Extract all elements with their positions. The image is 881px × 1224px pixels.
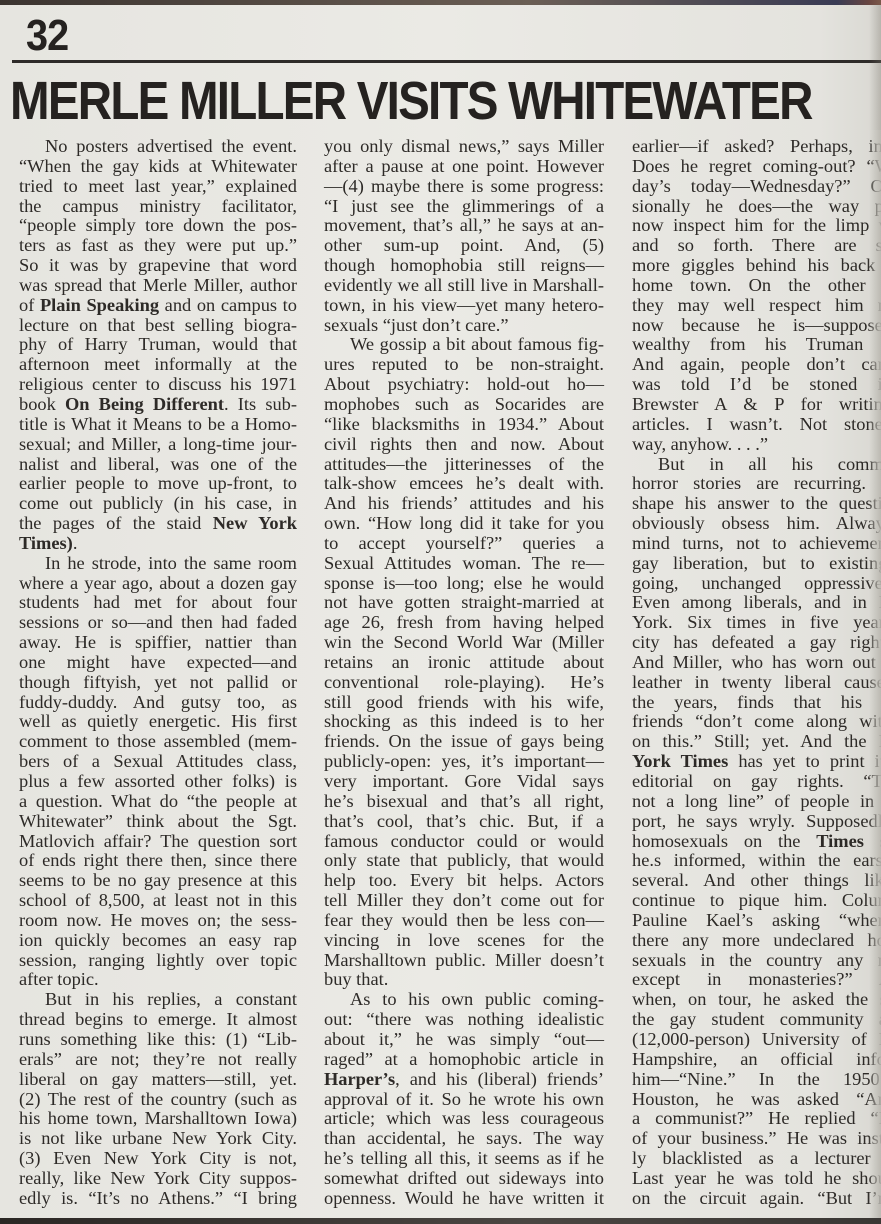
text-line: York Times has yet to print its (632, 752, 881, 772)
article-column-3: earlier—if asked? Perhaps, indDoes he re… (632, 137, 881, 1209)
page-bottom-edge (0, 1218, 881, 1224)
text-line: sessions or so—and then had faded (19, 613, 297, 633)
text-line: somewhat drifted out sideways into (324, 1169, 604, 1189)
text-line: Houston, he was asked “Are (632, 1090, 881, 1110)
text-line: only state that publicly, that would (324, 851, 604, 871)
text-line: home town. On the other h (632, 276, 881, 296)
text-line: the campus ministry facilitator, (19, 197, 297, 217)
text-line: that’s cool, that’s chic. But, if a (324, 812, 604, 832)
text-line: retains an ironic attitude about (324, 653, 604, 673)
text-line: city has defeated a gay rights (632, 633, 881, 653)
magazine-page: 32 MERLE MILLER VISITS WHITEWATER No pos… (0, 0, 881, 1224)
text-line: (2) The rest of the country (such as (19, 1090, 297, 1110)
text-line: not have gotten straight-married at (324, 593, 604, 613)
text-line: school of 8,500, at least not in this (19, 891, 297, 911)
text-line: And Miller, who has worn out s (632, 653, 881, 673)
text-line: though homophobia still reigns— (324, 256, 604, 276)
article-column-1: No posters advertised the event.“When th… (19, 137, 297, 1209)
text-line: York. Six times in five years (632, 613, 881, 633)
text-line: is not like urbane New York City. (19, 1129, 297, 1149)
text-line: of ends right there then, since there (19, 851, 297, 871)
text-line: fear they would then be less con— (324, 911, 604, 931)
text-line: Marshalltown public. Miller doesn’t (324, 951, 604, 971)
text-line: own. “How long did it take for you (324, 514, 604, 534)
text-line: he’s bisexual and that’s all right, (324, 792, 604, 812)
text-line: raged” at a homophobic article in (324, 1050, 604, 1070)
text-line: buy that. (324, 970, 604, 990)
text-line: friends “don’t come along with (632, 712, 881, 732)
page-top-edge (0, 0, 881, 5)
text-line: you only dismal news,” says Miller (324, 137, 604, 157)
text-line: religious center to discuss his 1971 (19, 375, 297, 395)
text-line: book On Being Different. Its sub- (19, 395, 297, 415)
text-line: on the circuit again. “But I’m (632, 1189, 881, 1209)
text-line: Does he regret coming-out? “W (632, 157, 881, 177)
text-line: famous conductor could or would (324, 832, 604, 852)
text-line: of your business.” He was insta (632, 1129, 881, 1149)
text-line: —(4) maybe there is some progress: (324, 177, 604, 197)
text-line: attitudes—the jitterinesses of the (324, 455, 604, 475)
text-line: ly blacklisted as a lecturer t (632, 1149, 881, 1169)
text-line: friends. On the issue of gays being (324, 732, 604, 752)
text-line: and so forth. There are su (632, 236, 881, 256)
text-line: gay liberation, but to existing, (632, 554, 881, 574)
text-line: the gay student community at (632, 1010, 881, 1030)
text-line: (3) Even New York City is not, (19, 1149, 297, 1169)
text-line: homosexuals on the Times st (632, 832, 881, 852)
text-line: earlier—if asked? Perhaps, ind (632, 137, 881, 157)
text-line: except in monasteries?” A (632, 970, 881, 990)
text-line: fuddy-duddy. And gutsy too, as (19, 693, 297, 713)
text-line: not a long line” of people in s (632, 792, 881, 812)
text-line: after a pause at one point. However (324, 157, 604, 177)
text-line: going, unchanged oppressiven (632, 574, 881, 594)
text-line: “people simply tore down the pos- (19, 216, 297, 236)
text-line: when, on tour, he asked the si (632, 990, 881, 1010)
text-line: thread begins to emerge. It almost (19, 1010, 297, 1030)
text-line: of Plain Speaking and on campus to (19, 296, 297, 316)
text-line: sexuals “just don’t care.” (324, 316, 604, 336)
text-line: a communist?” He replied “N (632, 1109, 881, 1129)
text-line: vincing in love scenes for the (324, 931, 604, 951)
text-line: obviously obsess him. Always (632, 514, 881, 534)
text-line: horror stories are recurring. T (632, 474, 881, 494)
text-line: comment to those assembled (mem- (19, 732, 297, 752)
text-line: talk-show emcees he’s dealt with. (324, 474, 604, 494)
text-line: Harper’s, and his (liberal) friends’ (324, 1070, 604, 1090)
text-line: mophobes such as Socarides are (324, 395, 604, 415)
text-line: runs something like this: (1) “Lib- (19, 1030, 297, 1050)
text-line: afternoon meet informally at the (19, 355, 297, 375)
text-line: wealthy from his Truman b (632, 335, 881, 355)
text-line: was told I’d be stoned in (632, 375, 881, 395)
text-line: leather in twenty liberal causes (632, 673, 881, 693)
text-line: several. And other things like (632, 871, 881, 891)
text-line: We gossip a bit about famous fig- (324, 335, 604, 355)
text-line: ion quickly becomes an easy rap (19, 931, 297, 951)
text-line: one might have expected—and (19, 653, 297, 673)
text-line: About psychiatry: hold-out ho— (324, 375, 604, 395)
text-line: now because he is—supposed (632, 316, 881, 336)
text-line: Hampshire, an official infor (632, 1050, 881, 1070)
text-line: sponse is—too long; else he would (324, 574, 604, 594)
text-line: bers of a Sexual Attitudes class, (19, 752, 297, 772)
text-line: liberal on gay matters—still, yet. (19, 1070, 297, 1090)
text-line: than accidental, he says. The way (324, 1129, 604, 1149)
text-line: way, anyhow. . . .” (632, 435, 881, 455)
text-line: As to his own public coming- (324, 990, 604, 1010)
text-line: openness. Would he have written it (324, 1189, 604, 1209)
text-line: Whitewater” think about the Sgt. (19, 812, 297, 832)
text-line: out: “there was nothing idealistic (324, 1010, 604, 1030)
text-line: port, he says wryly. Supposedly (632, 812, 881, 832)
text-line: town, in his view—yet many hetero- (324, 296, 604, 316)
text-line: students had met for about four (19, 593, 297, 613)
text-line: evidently we all still live in Marshall- (324, 276, 604, 296)
text-line: win the Second World War (Miller (324, 633, 604, 653)
text-line: was spread that Merle Miller, author (19, 276, 297, 296)
text-line: a question. What do “the people at (19, 792, 297, 812)
text-line: still good friends with his wife, (324, 693, 604, 713)
text-line: Sexual Attitudes woman. The re— (324, 554, 604, 574)
text-line: well as quietly energetic. His first (19, 712, 297, 732)
text-line: seems to be no gay presence at this (19, 871, 297, 891)
text-line: though fiftyish, yet not pallid or (19, 673, 297, 693)
text-line: No posters advertised the event. (19, 137, 297, 157)
text-line: Brewster A & P for writing (632, 395, 881, 415)
text-line: now inspect him for the limp w (632, 216, 881, 236)
text-line: other sum-up point. And, (5) (324, 236, 604, 256)
text-line: publicly-open: yes, it’s important— (324, 752, 604, 772)
text-line: after topic. (19, 970, 297, 990)
text-line: to accept yourself?” queries a (324, 534, 604, 554)
text-line: more giggles behind his back i (632, 256, 881, 276)
text-line: his home town, Marshalltown Iowa) (19, 1109, 297, 1129)
text-line: “I just see the glimmerings of a (324, 197, 604, 217)
text-line: where a year ago, about a dozen gay (19, 574, 297, 594)
text-line: tell Miller they don’t come out for (324, 891, 604, 911)
text-line: (12,000-person) University of N (632, 1030, 881, 1050)
header-rule (12, 60, 881, 63)
text-line: articles. I wasn’t. Not stoned (632, 415, 881, 435)
text-line: day’s today—Wednesday?” Oc (632, 177, 881, 197)
text-line: And his friends’ attitudes and his (324, 494, 604, 514)
text-line: “like blacksmiths in 1934.” About (324, 415, 604, 435)
text-line: article; which was less courageous (324, 1109, 604, 1129)
text-line: But in all his comments, (632, 455, 881, 475)
text-line: Pauline Kael’s asking “where (632, 911, 881, 931)
text-line: editorial on gay rights. “Th (632, 772, 881, 792)
text-line: earlier people to move up-front, to (19, 474, 297, 494)
text-line: nalist and liberal, was one of the (19, 455, 297, 475)
text-line: plus a few assorted other folks) is (19, 772, 297, 792)
text-line: Times). (19, 534, 297, 554)
text-line: him—“Nine.” In the 1950’s (632, 1070, 881, 1090)
article-headline: MERLE MILLER VISITS WHITEWATER (10, 74, 812, 128)
text-line: Even among liberals, and in N (632, 593, 881, 613)
text-line: ures reputed to be non-straight. (324, 355, 604, 375)
text-line: on this.” Still; yet. And the N (632, 732, 881, 752)
text-line: erals” are not; they’re not really (19, 1050, 297, 1070)
text-line: approval of it. So he wrote his own (324, 1090, 604, 1110)
text-line: civil rights then and now. About (324, 435, 604, 455)
text-line: Matlovich affair? The question sort (19, 832, 297, 852)
text-line: “When the gay kids at Whitewater (19, 157, 297, 177)
text-line: sionally he does—the way pe (632, 197, 881, 217)
text-line: help too. Every bit helps. Actors (324, 871, 604, 891)
text-line: shape his answer to the questio (632, 494, 881, 514)
text-line: sexuals in the country any m (632, 951, 881, 971)
text-line: there any more undeclared hor (632, 931, 881, 951)
text-line: room now. He moves on; the sess- (19, 911, 297, 931)
text-line: they may well respect him m (632, 296, 881, 316)
text-line: ters as fast as they were put up.” (19, 236, 297, 256)
text-line: mind turns, not to achievement (632, 534, 881, 554)
text-line: continue to pique him. Colum (632, 891, 881, 911)
text-line: about it,” he was simply “out— (324, 1030, 604, 1050)
text-line: movement, that’s all,” he says at an- (324, 216, 604, 236)
text-line: So it was by grapevine that word (19, 256, 297, 276)
text-line: the years, finds that his li (632, 693, 881, 713)
text-line: But in his replies, a constant (19, 990, 297, 1010)
text-line: tried to meet last year,” explained (19, 177, 297, 197)
page-number: 32 (26, 14, 68, 58)
text-line: very important. Gore Vidal says (324, 772, 604, 792)
page-gutter (869, 0, 881, 1224)
text-line: the pages of the staid New York (19, 514, 297, 534)
text-line: And again, people don’t care (632, 355, 881, 375)
text-line: he’s telling all this, it seems as if he (324, 1149, 604, 1169)
text-line: lecture on that best selling biogra- (19, 316, 297, 336)
text-line: phy of Harry Truman, would that (19, 335, 297, 355)
text-line: title is What it Means to be a Homo- (19, 415, 297, 435)
text-line: shocking as this indeed is to her (324, 712, 604, 732)
text-line: age 26, fresh from having helped (324, 613, 604, 633)
text-line: he.s informed, within the earsh (632, 851, 881, 871)
text-line: away. He is spiffier, nattier than (19, 633, 297, 653)
text-line: session, ranging lightly over topic (19, 951, 297, 971)
text-line: Last year he was told he shoul (632, 1169, 881, 1189)
text-line: edly is. “It’s no Athens.” “I bring (19, 1189, 297, 1209)
text-line: In he strode, into the same room (19, 554, 297, 574)
article-column-2: you only dismal news,” says Millerafter … (324, 137, 604, 1209)
text-line: come out publicly (in his case, in (19, 494, 297, 514)
text-line: sexual; and Miller, a long-time jour- (19, 435, 297, 455)
text-line: really, like New York City suppos- (19, 1169, 297, 1189)
text-line: conventional role-playing). He’s (324, 673, 604, 693)
